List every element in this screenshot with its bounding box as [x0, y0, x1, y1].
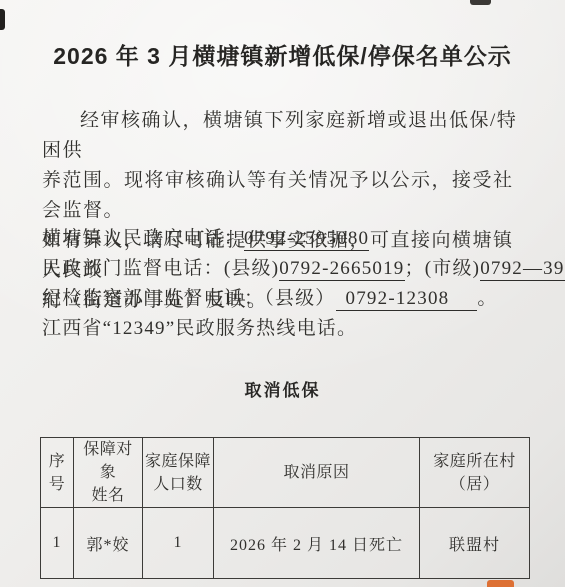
table-header-row: 序 号 保障对象 姓名 家庭保障 人口数 取消原因 家庭所在村 （居） [41, 438, 530, 508]
cell-household-count: 1 [143, 508, 214, 579]
county-level-label: (县级) [224, 258, 279, 279]
cell-index: 1 [41, 508, 74, 579]
cell-village: 联盟村 [420, 508, 530, 579]
civil-affairs-phone-label: 民政部门监督电话： [42, 258, 224, 279]
contact-line-service-hotline: 江西省“12349”民政服务热线电话。 [42, 314, 545, 344]
cell-cancel-reason: 2026 年 2 月 14 日死亡 [214, 508, 420, 579]
photo-smudge-bottom-right [487, 580, 514, 587]
government-phone-label: 横塘镇人民政府电话： [42, 228, 244, 249]
cancel-dibao-table: 序 号 保障对象 姓名 家庭保障 人口数 取消原因 家庭所在村 （居） 1 郭*… [40, 437, 530, 579]
contact-line-discipline-inspection: 纪检监察部门监督电话：（县级）0792-12308。 [42, 284, 545, 314]
cell-recipient-name: 郭*姣 [74, 508, 143, 579]
header-cell-cancel-reason: 取消原因 [214, 438, 420, 508]
photo-smudge-top-left [0, 9, 5, 30]
discipline-phone-number: 0792-12308 [336, 288, 478, 311]
discipline-phone-label: 纪检监察部门监督电话：（县级） [42, 288, 336, 309]
document-photo: 2026 年 3 月横塘镇新增低保/停保名单公示 经审核确认，横塘镇下列家庭新增… [0, 0, 565, 587]
contact-line-civil-affairs: 民政部门监督电话：(县级)0792-2665019；(市级)0792—39086… [42, 254, 545, 284]
county-phone-number: 0792-2665019 [279, 258, 404, 281]
city-phone-number: 0792—3908659 [480, 258, 565, 281]
notice-title: 2026 年 3 月横塘镇新增低保/停保名单公示 [0, 38, 565, 71]
section-title-cancel-dibao: 取消低保 [0, 376, 565, 401]
separator: ； [405, 258, 425, 279]
contact-list: 横塘镇人民政府电话：0792-2595080 民政部门监督电话：(县级)0792… [42, 224, 545, 344]
table-row: 1 郭*姣 1 2026 年 2 月 14 日死亡 联盟村 [41, 508, 530, 579]
contact-line-government: 横塘镇人民政府电话：0792-2595080 [42, 224, 545, 254]
photo-smudge-top-right [470, 0, 491, 5]
city-level-label: (市级) [425, 258, 480, 279]
header-cell-household-count: 家庭保障 人口数 [143, 438, 214, 508]
government-phone-number: 0792-2595080 [244, 228, 369, 251]
header-cell-index: 序 号 [41, 438, 74, 508]
header-cell-village: 家庭所在村 （居） [420, 438, 530, 508]
header-cell-recipient-name: 保障对象 姓名 [74, 438, 143, 508]
period: 。 [477, 288, 497, 309]
